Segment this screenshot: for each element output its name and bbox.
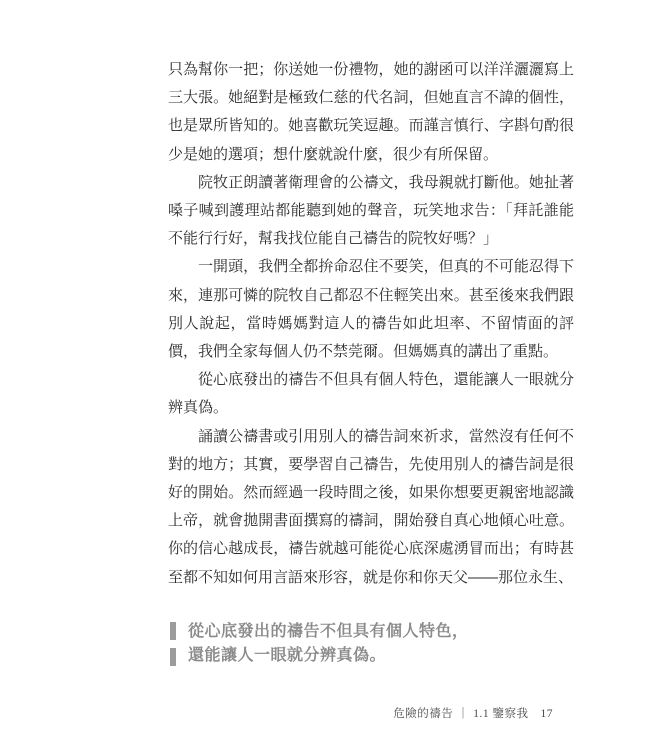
- quote-line: 從心底發出的禱告不但具有個人特色，: [188, 620, 469, 644]
- body-text-block: 只為幫你一把；你送她一份禮物，她的謝函可以洋洋灑灑寫上三大張。她絕對是極致仁慈的…: [168, 56, 574, 592]
- quote-bar-segment: [170, 648, 176, 666]
- quote-text: 從心底發出的禱告不但具有個人特色， 還能讓人一眼就分辨真偽。: [188, 620, 469, 668]
- page-footer: 危險的禱告 ｜ 1.1 鑒察我 17: [393, 705, 553, 721]
- body-paragraph: 一開頭，我們全都拚命忍住不要笑，但真的不可能忍得下來，連那可憐的院牧自己都忍不住…: [168, 253, 574, 366]
- quote-line: 還能讓人一眼就分辨真偽。: [188, 644, 469, 668]
- quote-bar-icon: [170, 620, 176, 668]
- body-paragraph: 誦讀公禱書或引用別人的禱告詞來祈求，當然沒有任何不對的地方；其實，要學習自己禱告…: [168, 423, 574, 592]
- footer-separator: ｜: [457, 705, 469, 721]
- quote-bar-segment: [170, 622, 176, 640]
- pull-quote: 從心底發出的禱告不但具有個人特色， 還能讓人一眼就分辨真偽。: [170, 620, 469, 668]
- body-paragraph: 院牧正朗讀著衛理會的公禱文，我母親就打斷他。她扯著嗓子喊到護理站都能聽到她的聲音…: [168, 169, 574, 254]
- book-page: 只為幫你一把；你送她一份禮物，她的謝函可以洋洋灑灑寫上三大張。她絕對是極致仁慈的…: [0, 0, 650, 750]
- body-paragraph: 從心底發出的禱告不但具有個人特色，還能讓人一眼就分辨真偽。: [168, 366, 574, 422]
- footer-page-number: 17: [541, 708, 554, 720]
- footer-book-title: 危險的禱告: [393, 705, 453, 721]
- footer-chapter-title: 1.1 鑒察我: [473, 705, 528, 721]
- body-paragraph: 只為幫你一把；你送她一份禮物，她的謝函可以洋洋灑灑寫上三大張。她絕對是極致仁慈的…: [168, 56, 574, 169]
